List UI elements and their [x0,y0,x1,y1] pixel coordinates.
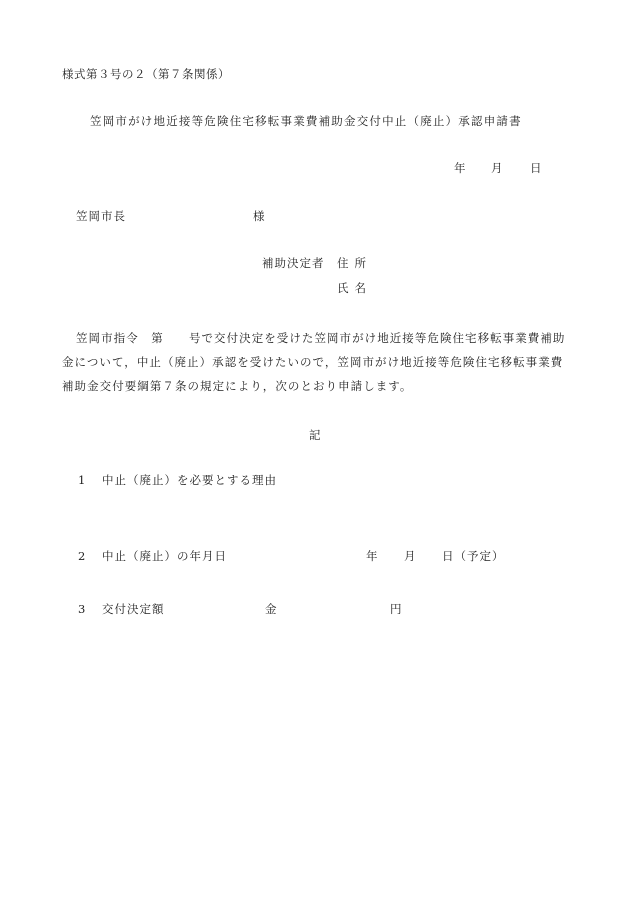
item-3-yen-label: 円 [390,604,402,616]
ki-heading: 記 [309,430,321,442]
document-title: 笠岡市がけ地近接等危険住宅移転事業費補助金交付中止（廃止）承認申請書 [90,116,522,128]
item-label: 交付決定額 [102,604,165,616]
item-number: 2 [78,551,85,563]
body-line-1: 笠岡市指令 第 号で交付決定を受けた笠岡市がけ地近接等危険住宅移転事業費補助 [76,333,565,345]
date-year-label: 年 [454,163,466,175]
applicant-name-label: 氏名 [337,283,372,295]
item-2-year-label: 年 [366,551,378,563]
form-number: 様式第３号の２（第７条関係） [62,69,230,81]
applicant-address-label: 住所 [337,258,372,270]
date-month-label: 月 [491,163,503,175]
date-day-label: 日 [530,163,542,175]
item-label: 中止（廃止）を必要とする理由 [102,475,277,487]
item-number: 1 [78,475,85,487]
item-2-month-label: 月 [404,551,416,563]
item-number: 3 [78,604,85,616]
item-label: 中止（廃止）の年月日 [102,551,227,563]
addressee-suffix: 様 [253,211,265,223]
addressee-name: 笠岡市長 [76,211,126,223]
applicant-label: 補助決定者 [262,258,325,270]
body-line-3: 補助金交付要綱第７条の規定により，次のとおり申請します。 [62,381,412,393]
body-line-2: 金について，中止（廃止）承認を受けたいので，笠岡市がけ地近接等危険住宅移転事業費 [62,357,563,369]
item-2-day-label: 日（予定） [442,551,505,563]
item-3-kin-label: 金 [265,604,277,616]
